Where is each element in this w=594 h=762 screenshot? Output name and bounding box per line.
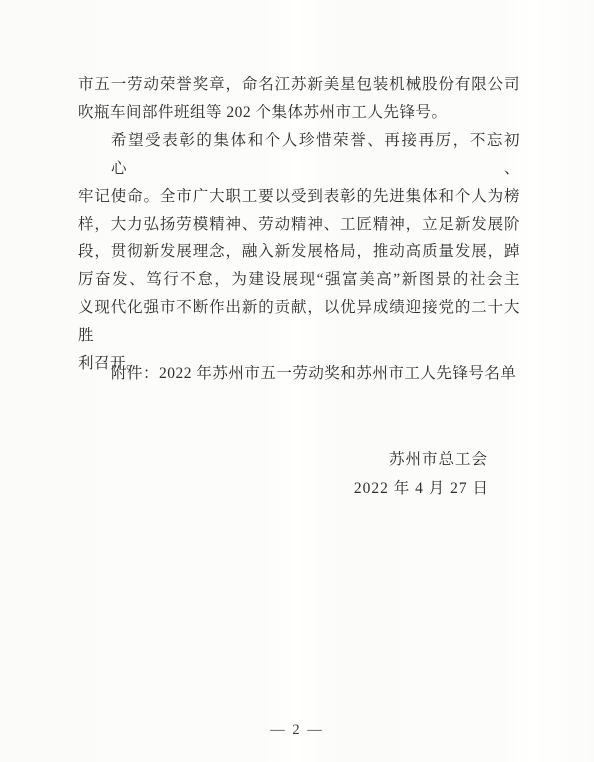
body-line: 厉奋发、笃行不怠，为建设展现“强富美高”新图景的社会主 [78, 266, 520, 294]
body-line: 牢记使命。全市广大职工要以受到表彰的先进集体和个人为榜 [78, 183, 520, 211]
attachment-line: 附件：2022 年苏州市五一劳动奖和苏州市工人先锋号名单 [78, 360, 520, 388]
body-text: 市五一劳动荣誉奖章，命名江苏新美星包装机械股份有限公司吹瓶车间部件班组等 202… [78, 71, 520, 378]
page-number: — 2 — [0, 722, 594, 739]
body-line: 市五一劳动荣誉奖章，命名江苏新美星包装机械股份有限公司 [78, 71, 520, 99]
body-line: 义现代化强市不断作出新的贡献，以优异成绩迎接党的二十大胜 [78, 294, 520, 350]
body-line: 吹瓶车间部件班组等 202 个集体苏州市工人先锋号。 [78, 99, 520, 127]
body-line: 样，大力弘扬劳模精神、劳动精神、工匠精神，立足新发展阶 [78, 211, 520, 239]
signature-block: 苏州市总工会 2022 年 4 月 27 日 [78, 446, 520, 504]
signature-date: 2022 年 4 月 27 日 [78, 474, 520, 504]
body-line: 希望受表彰的集体和个人珍惜荣誉、再接再厉，不忘初心、 [78, 127, 520, 183]
body-line: 段，贯彻新发展理念，融入新发展格局，推动高质量发展，踔 [78, 238, 520, 266]
signature-org: 苏州市总工会 [78, 446, 520, 474]
document-page: 市五一劳动荣誉奖章，命名江苏新美星包装机械股份有限公司吹瓶车间部件班组等 202… [0, 0, 594, 762]
